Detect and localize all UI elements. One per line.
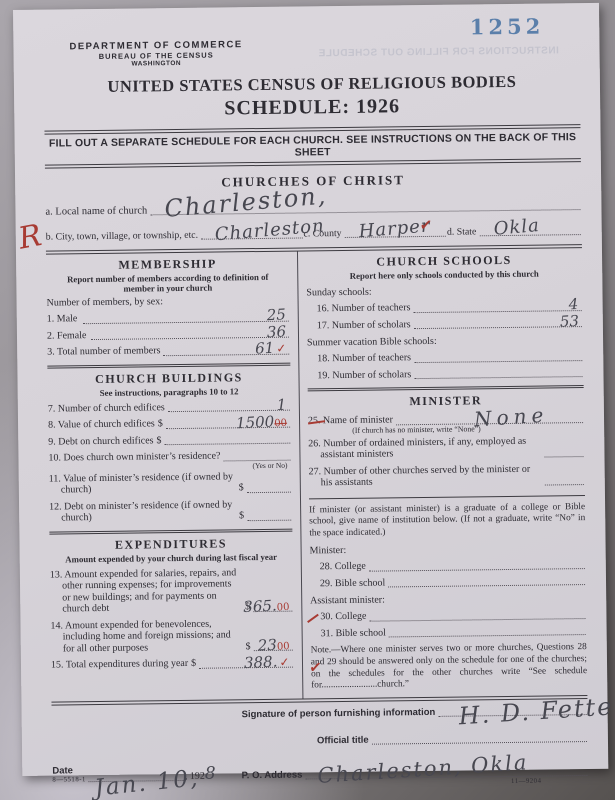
form-row-14: 14. Amount expended for benevolences, in… [50, 618, 293, 655]
field-label: 30. College [320, 611, 366, 623]
form-row-17: 17. Number of scholars 53 [307, 317, 583, 332]
dotted-leader: Charleston, [150, 209, 580, 215]
official-title-row: Official title [52, 732, 588, 750]
form-sheet: INSTRUCTIONS FOR FILLING OUT SCHEDULE 12… [13, 3, 608, 776]
group-label: Minister: [309, 542, 585, 556]
value-text: 1500 [236, 412, 275, 432]
form-row-10: 10. Does church own minister’s residence… [48, 450, 291, 464]
handwritten-year-digit: 8 [205, 763, 216, 783]
field-label: 17. Number of scholars [317, 319, 411, 332]
dotted-leader [414, 360, 582, 363]
form-row-11: 11. Value of minister’s residence (if ow… [49, 470, 292, 496]
field-label: 27. Number of other churches served by t… [308, 463, 541, 489]
form-row-2: 2. Female 36 [47, 327, 290, 341]
dotted-leader: Jan. 10, [89, 780, 184, 782]
dotted-leader: Harper ✓ [345, 236, 446, 238]
field-label: d. State [447, 226, 477, 237]
form-row-30: 30. College [310, 608, 586, 623]
value-text: 388. [244, 652, 278, 672]
yes-or-no-note: (Yes or No) [252, 462, 287, 471]
dotted-leader [413, 310, 581, 313]
instruction-banner: FILL OUT A SEPARATE SCHEDULE FOR EACH CH… [44, 124, 580, 169]
section-subtitle: Amount expended by your church during la… [56, 552, 287, 565]
field-label: 16. Number of teachers [317, 302, 411, 315]
dotted-leader [372, 741, 587, 745]
footer-block: Signature of person furnishing informati… [52, 705, 589, 784]
field-label: 29. Bible school [320, 577, 385, 589]
dotted-leader [389, 634, 586, 637]
section-subtitle: Report here only schools conducted by th… [312, 268, 576, 281]
section-title: MEMBERSHIP [46, 256, 289, 274]
stamped-serial-number: 1252 [470, 14, 545, 40]
two-column-body: MEMBERSHIP Report number of members acco… [46, 244, 588, 705]
dotted-leader [544, 456, 583, 457]
left-column: MEMBERSHIP Report number of members acco… [46, 252, 303, 702]
form-row-27: 27. Number of other churches served by t… [308, 463, 584, 489]
handwritten-value: 388.✓ [244, 653, 290, 672]
date-label: Date [52, 765, 86, 776]
dotted-leader [545, 484, 584, 485]
field-label: 11. Value of minister’s residence (if ow… [49, 471, 236, 496]
group-label: Summer vacation Bible schools: [307, 334, 583, 348]
value-text: 61 [254, 339, 274, 358]
scanned-census-form: INSTRUCTIONS FOR FILLING OUT SCHEDULE 12… [13, 3, 608, 776]
date-label-block: Date 8—5518-1 [52, 765, 86, 783]
dollar-sign: $ [158, 419, 163, 431]
handwritten-value: 150000 [236, 412, 288, 432]
graduate-instruction-paragraph: If minister (or assistant minister) is a… [309, 502, 585, 540]
form-row-18: 18. Number of teachers [307, 350, 583, 365]
none-instruction-note: (If church has no minister, write “None”… [352, 425, 481, 436]
handwritten-state: Okla [493, 215, 541, 240]
form-row-8: 8. Value of church edifices $ 150000 [48, 417, 291, 431]
dollar-sign: $ [156, 435, 161, 447]
signature-label: Signature of person furnishing informati… [242, 707, 436, 720]
field-label: 1. Male [47, 313, 80, 325]
dollar-sign: $ [245, 641, 250, 653]
dotted-leader [414, 376, 582, 379]
note-text: Note.—Where one minister serves two or m… [311, 642, 587, 690]
handwritten-value: 53 [559, 313, 579, 331]
minister-section: MINISTER 25. Name of minister None (If c… [308, 385, 588, 692]
form-row-15: 15. Total expenditures during year $ 388… [51, 657, 294, 671]
dotted-leader [414, 326, 582, 329]
field-label: 7. Number of church edifices [48, 402, 165, 415]
field-label: 9. Debt on church edifices [48, 435, 153, 448]
field-label: 19. Number of scholars [317, 369, 411, 382]
dollar-sign: $ [239, 511, 244, 523]
form-row-29: 29. Bible school [310, 575, 586, 590]
form-row-9: 9. Debt on church edifices $ [48, 433, 291, 447]
form-row-16: 16. Number of teachers 4 [307, 300, 583, 315]
field-label: 26. Number of ordained ministers, if any… [308, 435, 541, 461]
red-cents: 00 [276, 602, 289, 614]
section-subtitle: See instructions, paragraphs 10 to 12 [54, 385, 285, 398]
signature-row: Signature of person furnishing informati… [52, 705, 588, 723]
dotted-leader: Okla [479, 234, 580, 236]
red-check-icon: ✓ [308, 659, 322, 679]
field-label: 14. Amount expended for benevolences, in… [50, 618, 242, 655]
dotted-leader [165, 443, 291, 446]
field-label: 31. Bible school [320, 627, 385, 639]
field-label: 2. Female [47, 330, 89, 342]
red-margin-mark: R [16, 218, 45, 257]
form-row-19: 19. Number of scholars [307, 367, 583, 382]
group-label: Sunday schools: [306, 284, 582, 298]
red-cents: 00 [277, 641, 290, 653]
date-and-address-row: Date 8—5518-1 Jan. 10, , 192 8 P. O. Add… [52, 757, 588, 784]
field-label: 8. Value of church edifices [48, 419, 155, 432]
dotted-leader [369, 568, 585, 572]
dotted-leader [388, 584, 585, 587]
field-label: 13. Amount expended for salaries, repair… [50, 567, 242, 615]
field-label: 15. Total expenditures during year [51, 658, 188, 671]
red-margin-line [307, 614, 319, 623]
dotted-leader: H. D. Fetters [438, 714, 586, 717]
form-row-31: 31. Bible school [310, 625, 586, 640]
section-rule [309, 495, 585, 499]
field-label: 18. Number of teachers [317, 352, 411, 365]
handwritten-po-address: Charleston, Okla [317, 750, 529, 788]
section-subtitle: Report number of members according to de… [52, 272, 283, 295]
form-row-3: 3. Total number of members 61✓ [47, 344, 290, 358]
red-check-icon: ✓ [280, 655, 291, 669]
dotted-leader: Charleston, Okla 11—9204 [305, 775, 587, 779]
field-label: 10. Does church own minister’s residence… [48, 451, 220, 465]
red-check-icon: ✓ [418, 215, 432, 235]
value-text: 1 [277, 396, 287, 414]
dollar-sign: $ [191, 658, 196, 670]
dotted-leader [247, 519, 291, 521]
po-address-label: P. O. Address [242, 769, 303, 781]
handwritten-value: 61✓ [255, 340, 287, 359]
form-number: 8—5518-1 [52, 776, 86, 783]
dotted-leader [370, 618, 586, 622]
ink-bleed-ghost-text: INSTRUCTIONS FOR FILLING OUT SCHEDULE [278, 45, 598, 60]
city-county-state-row: R b. City, town, village, or township, e… [46, 225, 582, 243]
dollar-sign: $ [239, 483, 244, 495]
spacer [52, 720, 242, 722]
church-buildings-section: CHURCH BUILDINGS See instructions, parag… [47, 362, 292, 524]
form-row-28: 28. College [310, 558, 586, 573]
handwritten-city: Charleston [214, 215, 325, 245]
field-label: a. Local name of church [45, 205, 147, 217]
field-label: 28. College [320, 561, 366, 573]
print-code: 11—9204 [511, 777, 542, 784]
handwritten-value: 365.00 [243, 597, 290, 616]
section-title: CHURCH BUILDINGS [47, 369, 290, 387]
bureau-city: WASHINGTON [70, 59, 243, 68]
expenditures-section: EXPENDITURES Amount expended by your chu… [49, 528, 294, 671]
note-paragraph: ✓ Note.—Where one minister serves two or… [311, 642, 588, 692]
section-title: EXPENDITURES [49, 535, 292, 553]
form-row-26: 26. Number of ordained ministers, if any… [308, 435, 584, 461]
field-label: 12. Debt on minister’s residence (if own… [49, 499, 236, 524]
membership-section: MEMBERSHIP Report number of members acco… [46, 256, 290, 359]
value-text: 365. [243, 596, 277, 616]
dotted-leader [247, 491, 291, 493]
field-label: 3. Total number of members [47, 345, 160, 358]
schedule-title: SCHEDULE: 1926 [44, 93, 580, 123]
form-row-12: 12. Debt on minister’s residence (if own… [49, 498, 292, 524]
section-intro: Number of members, by sex: [47, 295, 290, 309]
official-title-label: Official title [317, 735, 369, 747]
form-row-1: 1. Male 25 [47, 311, 290, 325]
field-label: b. City, town, village, or township, etc… [46, 230, 198, 243]
dotted-leader: Charleston [201, 237, 302, 239]
agency-block: DEPARTMENT OF COMMERCE BUREAU OF THE CEN… [69, 39, 243, 68]
dotted-leader [82, 320, 288, 324]
value-text: 53 [559, 312, 579, 331]
form-row-13: 13. Amount expended for salaries, repair… [50, 567, 293, 616]
handwritten-date: Jan. 10, [94, 765, 201, 800]
red-cents-struck: 00 [274, 417, 287, 429]
spacer [52, 746, 317, 749]
handwritten-minister-name: None [474, 403, 550, 431]
form-row-25: 25. Name of minister None (If church has… [308, 412, 584, 427]
handwritten-value: 1 [277, 397, 287, 415]
red-check-icon: ✓ [276, 342, 287, 356]
right-column: CHURCH SCHOOLS Report here only schools … [298, 248, 588, 698]
group-label: Assistant minister: [310, 592, 586, 606]
screenshot-root: { "stamp_number": "1252", "ghost_bleed":… [0, 0, 615, 800]
church-schools-section: CHURCH SCHOOLS Report here only schools … [306, 252, 584, 381]
local-church-name-row: a. Local name of church Charleston, [45, 200, 581, 218]
